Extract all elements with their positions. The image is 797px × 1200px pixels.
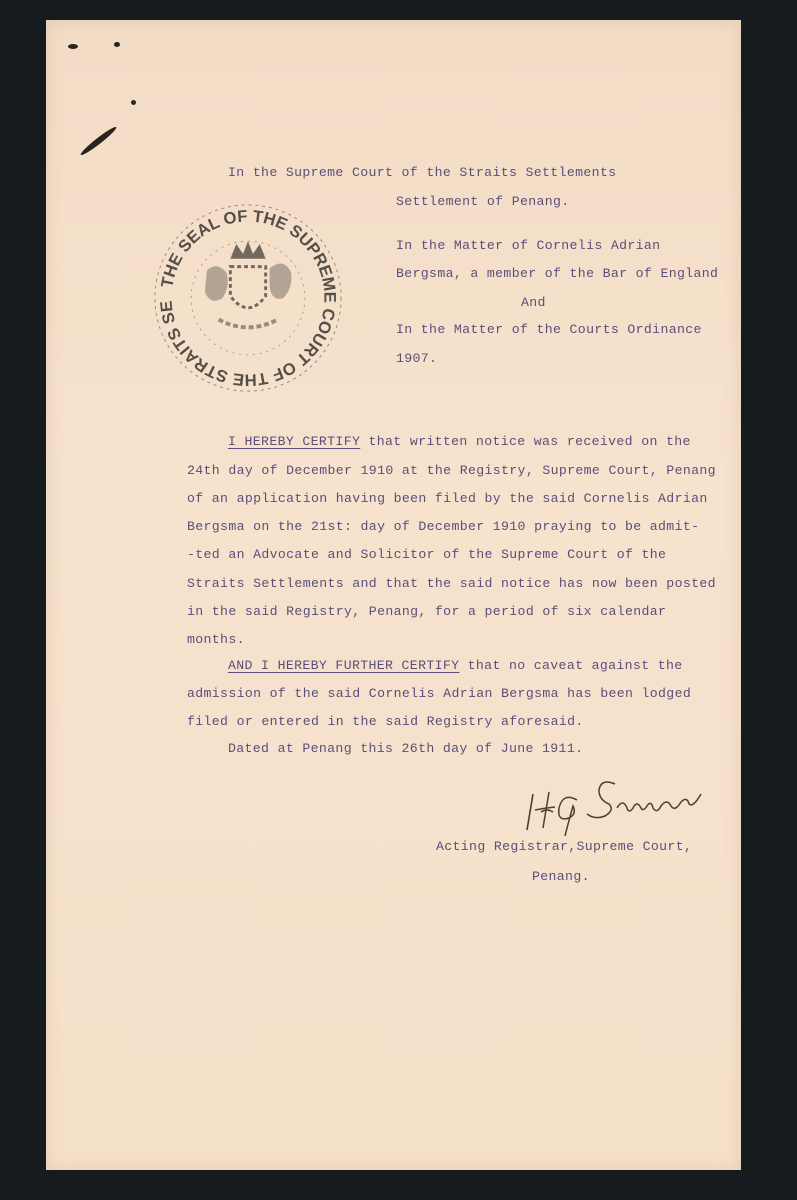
matter1-line1: In the Matter of Cornelis Adrian <box>396 238 660 254</box>
matter2-line1: In the Matter of the Courts Ordinance <box>396 322 702 338</box>
certify-lead: I HEREBY CERTIFY <box>228 434 360 449</box>
further-certify-lead: AND I HEREBY FURTHER CERTIFY <box>228 658 459 673</box>
ink-stain <box>114 42 120 47</box>
certify-line7: in the said Registry, Penang, for a peri… <box>187 604 666 620</box>
document-page <box>46 20 741 1170</box>
certify-line1: I HEREBY CERTIFY that written notice was… <box>228 434 691 450</box>
certify-line3: of an application having been filed by t… <box>187 491 708 507</box>
certify-line8: months. <box>187 632 245 648</box>
and-conjunction: And <box>521 295 546 311</box>
signature: H.G. Sarwar <box>505 772 725 838</box>
ink-stain <box>131 100 136 105</box>
certify-line6: Straits Settlements and that the said no… <box>187 576 716 592</box>
court-seal-icon: THE SEAL OF THE SUPREME COURT OF THE STR… <box>150 200 346 396</box>
court-heading: In the Supreme Court of the Straits Sett… <box>228 165 616 181</box>
signatory-place: Penang. <box>532 869 590 885</box>
matter1-line2: Bergsma, a member of the Bar of England <box>396 266 718 282</box>
matter2-line2: 1907. <box>396 351 437 367</box>
ink-stain <box>68 44 78 49</box>
certify-line1-rest: that written notice was received on the <box>360 434 691 449</box>
further-line3: filed or entered in the said Registry af… <box>187 714 584 730</box>
certify-line5: -ted an Advocate and Solicitor of the Su… <box>187 547 666 563</box>
svg-text:THE SEAL OF THE SUPREME COURT: THE SEAL OF THE SUPREME COURT OF THE STR… <box>150 200 339 390</box>
dated-line: Dated at Penang this 26th day of June 19… <box>228 741 583 757</box>
settlement-heading: Settlement of Penang. <box>396 194 570 210</box>
ink-stain <box>79 125 118 157</box>
certify-line4: Bergsma on the 21st: day of December 191… <box>187 519 699 535</box>
certify-line2: 24th day of December 1910 at the Registr… <box>187 463 716 479</box>
further-line2: admission of the said Cornelis Adrian Be… <box>187 686 691 702</box>
signatory-title: Acting Registrar,Supreme Court, <box>436 839 692 855</box>
further-line1-rest: that no caveat against the <box>459 658 682 673</box>
further-line1: AND I HEREBY FURTHER CERTIFY that no cav… <box>228 658 683 674</box>
